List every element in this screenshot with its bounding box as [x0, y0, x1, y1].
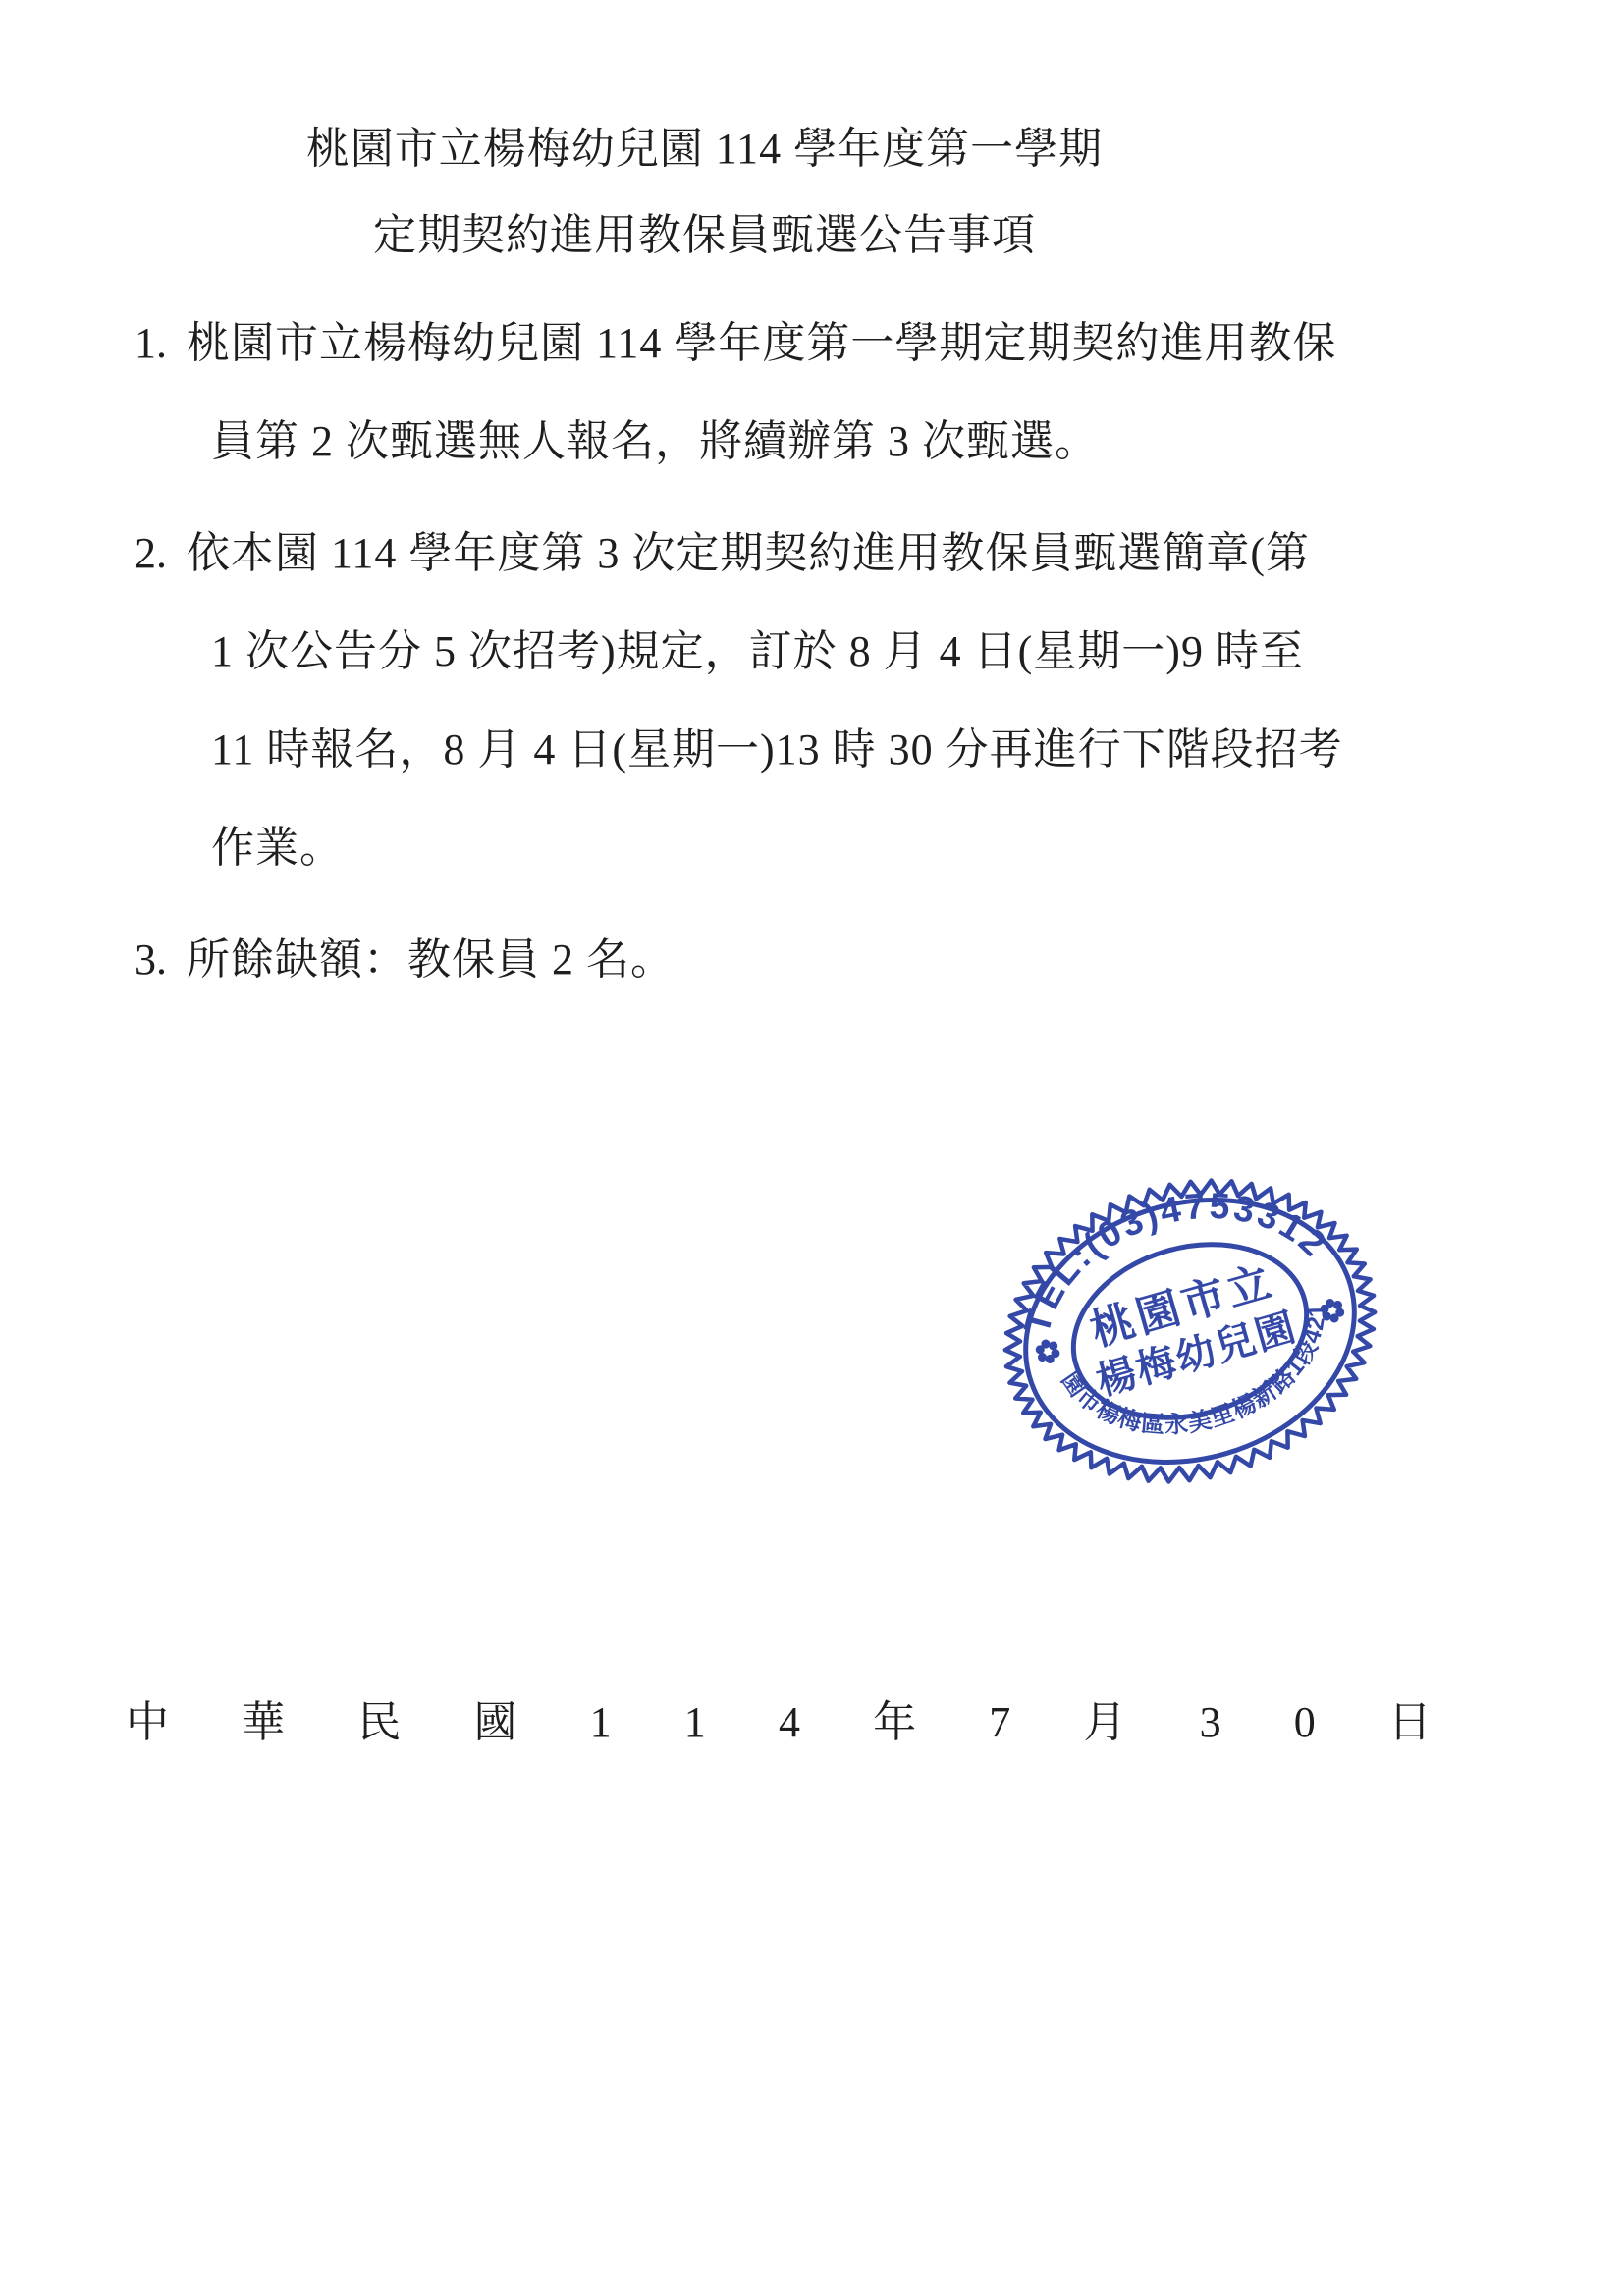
- item3-number: 3.: [135, 911, 167, 1009]
- doc-title-line2: 定期契約進用教保員甄選公告事項: [133, 192, 1276, 279]
- list-item-3: 3. 所餘缺額：教保員 2 名。: [0, 911, 1624, 1009]
- document-page: 桃園市立楊梅幼兒園 114 學年度第一學期 定期契約進用教保員甄選公告事項 1.…: [0, 0, 1624, 2296]
- item1-text1: 桃園市立楊梅幼兒園 114 學年度第一學期定期契約進用教保: [187, 319, 1336, 367]
- date-char: 日: [1388, 1674, 1432, 1772]
- date-char: 3: [1200, 1674, 1221, 1772]
- date-char: 民: [357, 1674, 401, 1772]
- date-char: 7: [989, 1674, 1010, 1772]
- item3-line1: 3. 所餘缺額：教保員 2 名。: [0, 911, 1624, 1009]
- item2-line2: 1 次公告分 5 次招考)規定，訂於 8 月 4 日(星期一)9 時至: [0, 603, 1624, 701]
- official-seal-stamp: TEL:(03)4753312 桃園市楊梅區永美里楊新路1段421號 桃園市立 …: [994, 1174, 1386, 1488]
- list-item-2: 2. 依本園 114 學年度第 3 次定期契約進用教保員甄選簡章(第 1 次公告…: [0, 505, 1624, 897]
- item1-line2: 員第 2 次甄選無人報名，將續辦第 3 次甄選。: [0, 393, 1624, 491]
- date-char: 0: [1294, 1674, 1316, 1772]
- announcement-body: 1. 桃園市立楊梅幼兒園 114 學年度第一學期定期契約進用教保 員第 2 次甄…: [0, 294, 1624, 1009]
- date-char: 月: [1083, 1674, 1126, 1772]
- date-char: 1: [684, 1674, 706, 1772]
- item2-line3: 11 時報名，8 月 4 日(星期一)13 時 30 分再進行下階段招考: [0, 701, 1624, 799]
- item2-line1: 2. 依本園 114 學年度第 3 次定期契約進用教保員甄選簡章(第: [0, 505, 1624, 603]
- document-title: 桃園市立楊梅幼兒園 114 學年度第一學期 定期契約進用教保員甄選公告事項: [133, 106, 1276, 279]
- flower-icon-left: [1034, 1337, 1062, 1366]
- date-char: 華: [242, 1674, 285, 1772]
- item1-line1: 1. 桃園市立楊梅幼兒園 114 學年度第一學期定期契約進用教保: [0, 294, 1624, 393]
- date-char: 1: [590, 1674, 612, 1772]
- item2-number: 2.: [135, 505, 167, 603]
- date-char: 4: [779, 1674, 800, 1772]
- item3-text1: 所餘缺額：教保員 2 名。: [187, 935, 675, 984]
- doc-title-line1: 桃園市立楊梅幼兒園 114 學年度第一學期: [133, 106, 1276, 192]
- list-item-1: 1. 桃園市立楊梅幼兒園 114 學年度第一學期定期契約進用教保 員第 2 次甄…: [0, 294, 1624, 491]
- item2-line4: 作業。: [0, 799, 1624, 897]
- item2-text1: 依本園 114 學年度第 3 次定期契約進用教保員甄選簡章(第: [187, 529, 1310, 577]
- roc-date-line: 中 華 民 國 1 1 4 年 7 月 3 0 日: [126, 1674, 1432, 1772]
- date-char: 年: [873, 1674, 916, 1772]
- item1-number: 1.: [135, 294, 167, 393]
- date-char: 中: [126, 1674, 169, 1772]
- date-char: 國: [473, 1674, 516, 1772]
